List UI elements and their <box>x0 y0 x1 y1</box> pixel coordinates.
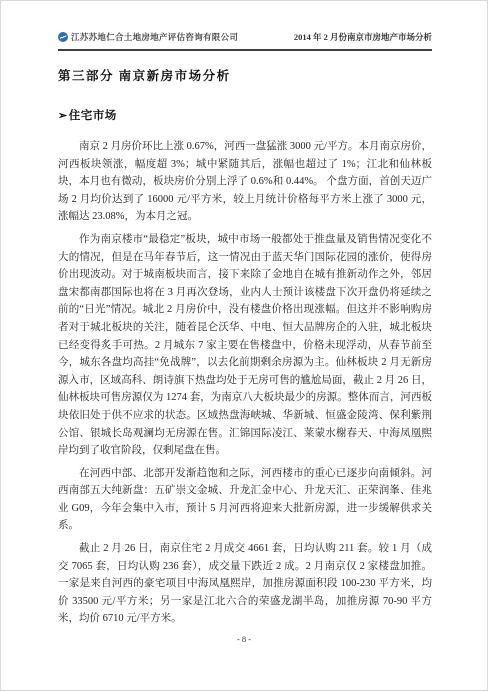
section-label: 住宅市场 <box>69 107 117 123</box>
arrow-bullet-icon: ➢ <box>58 109 68 122</box>
page-content: 江苏苏地仁合土地房地产评估咨询有限公司 2014 年 2 月份南京市房地产市场分… <box>58 1 432 633</box>
page-title: 第三部分 南京新房市场分析 <box>58 66 432 84</box>
company-name: 江苏苏地仁合土地房地产评估咨询有限公司 <box>71 31 238 43</box>
page-number: - 8 - <box>1 634 487 644</box>
company-logo-icon <box>58 32 68 42</box>
document-page: 江苏苏地仁合土地房地产评估咨询有限公司 2014 年 2 月份南京市房地产市场分… <box>0 0 488 691</box>
paragraph: 作为南京楼市“最稳定”板块，城中市场一般都处于推盘量及销售情况变化不大的情况，但… <box>58 231 432 460</box>
paragraph: 在河西中部、北部开发渐趋饱和之际，河西楼市的重心已逐步向南倾斜。河西南部五大纯新… <box>58 465 432 535</box>
section-heading: ➢ 住宅市场 <box>58 107 432 123</box>
header-company-block: 江苏苏地仁合土地房地产评估咨询有限公司 <box>58 31 238 43</box>
header-divider <box>58 49 432 51</box>
body-text: 南京 2 月房价环比上涨 0.67%，河西一盘猛涨 3000 元/平方。本月南京… <box>58 138 432 628</box>
paragraph: 南京 2 月房价环比上涨 0.67%，河西一盘猛涨 3000 元/平方。本月南京… <box>58 138 432 226</box>
header-report-title: 2014 年 2 月份南京市房地产市场分析 <box>294 31 432 43</box>
paragraph: 截止 2 月 26 日，南京住宅 2 月成交 4661 套，日均认购 211 套… <box>58 540 432 628</box>
page-header: 江苏苏地仁合土地房地产评估咨询有限公司 2014 年 2 月份南京市房地产市场分… <box>58 31 432 43</box>
